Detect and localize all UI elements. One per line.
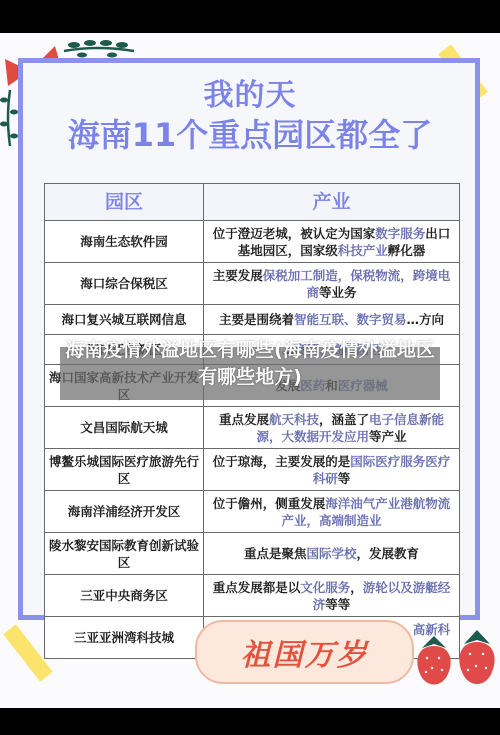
highlight-text: 科技产业 (338, 243, 388, 258)
park-industry: 重点发展都是以文化服务，游轮以及游艇经济等等 (204, 575, 460, 617)
park-industry: 主要发展保税加工制造，保税物流，跨境电商等业务 (204, 263, 460, 305)
industry-text: ，发展教育 (357, 546, 420, 561)
park-industry: 位于澄迈老城，被认定为国家数字服务出口基地园区，国家级科技产业孵化器 (204, 221, 460, 263)
industry-text: 重点发展都是以 (213, 580, 301, 595)
park-industry: 重点发展航天科技，涵盖了电子信息新能源，大数据开发应用等产业 (204, 407, 460, 449)
table-row: 海口复兴城互联网信息主要是围绕着智能互联、数字贸易…方向 (45, 305, 460, 335)
table-row: 海口综合保税区主要发展保税加工制造，保税物流，跨境电商等业务 (45, 263, 460, 305)
industry-text: 等等 (325, 597, 350, 612)
industry-text: 主要发展 (213, 268, 263, 283)
park-industry: 主要是围绕着智能互联、数字贸易…方向 (204, 305, 460, 335)
strawberry-icon (454, 628, 500, 692)
highlight-text: 文化服务 (300, 580, 350, 595)
title-line-1: 我的天 (0, 70, 500, 114)
park-name: 海南洋浦经济开发区 (45, 491, 204, 533)
park-name: 海口综合保税区 (45, 263, 204, 305)
header-park: 园区 (45, 184, 204, 221)
industry-text: 位于澄迈老城，被认定为国家 (213, 226, 376, 241)
highlight-text: 国际学校 (306, 546, 356, 561)
header-industry: 产业 (204, 184, 460, 221)
park-name: 海口复兴城互联网信息 (45, 305, 204, 335)
caption-text: 海南疫情外溢地区有哪些(海南疫情外溢地区有哪些地方) (60, 337, 440, 391)
title-line-2: 海南11个重点园区都全了 (0, 110, 500, 156)
banner: 祖国万岁 (195, 620, 414, 684)
park-industry: 位于琼海，主要发展的是国际医疗服务医疗科研等 (204, 449, 460, 491)
park-name: 文昌国际航天城 (45, 407, 204, 449)
highlight-text: 数字服务 (375, 226, 425, 241)
park-industry: 位于儋州，侧重发展海洋油气产业港航物流产业，高端制造业 (204, 491, 460, 533)
industry-text: 位于琼海，主要发展的是 (213, 454, 351, 469)
industry-text: 重点发展 (219, 412, 269, 427)
table-row: 文昌国际航天城重点发展航天科技，涵盖了电子信息新能源，大数据开发应用等产业 (45, 407, 460, 449)
industry-text: 孵化器 (388, 243, 426, 258)
table-row: 海南洋浦经济开发区位于儋州，侧重发展海洋油气产业港航物流产业，高端制造业 (45, 491, 460, 533)
industry-text: 位于儋州，侧重发展 (213, 496, 326, 511)
table-row: 海南生态软件园位于澄迈老城，被认定为国家数字服务出口基地园区，国家级科技产业孵化… (45, 221, 460, 263)
table-row: 陵水黎安国际教育创新试验区重点是聚焦国际学校，发展教育 (45, 533, 460, 575)
park-name: 陵水黎安国际教育创新试验区 (45, 533, 204, 575)
table-row: 三亚中央商务区重点发展都是以文化服务，游轮以及游艇经济等等 (45, 575, 460, 617)
park-industry: 重点是聚焦国际学校，发展教育 (204, 533, 460, 575)
highlight-text: 智能互联、数字贸易 (294, 312, 407, 327)
park-name: 海南生态软件园 (45, 221, 204, 263)
banner-text: 祖国万岁 (241, 630, 369, 674)
industry-text: 等业务 (319, 285, 357, 300)
parks-table: 园区 产业 海南生态软件园位于澄迈老城，被认定为国家数字服务出口基地园区，国家级… (44, 183, 460, 659)
leaf-branch-icon (62, 37, 137, 59)
industry-text: 重点是聚焦 (244, 546, 307, 561)
industry-text: ， (350, 580, 363, 595)
industry-text: ，涵盖了 (319, 412, 369, 427)
industry-text: 等 (338, 471, 351, 486)
table-row: 博鳌乐城国际医疗旅游先行区位于琼海，主要发展的是国际医疗服务医疗科研等 (45, 449, 460, 491)
park-name: 三亚中央商务区 (45, 575, 204, 617)
industry-text: 等产业 (369, 429, 407, 444)
strawberry-icon (412, 632, 456, 692)
table-header-row: 园区 产业 (45, 184, 460, 221)
park-name: 博鳌乐城国际医疗旅游先行区 (45, 449, 204, 491)
park-name: 三亚亚洲湾科技城 (45, 617, 204, 659)
highlight-text: 航天科技 (269, 412, 319, 427)
industry-text: …方向 (407, 312, 445, 327)
industry-text: 主要是围绕着 (219, 312, 294, 327)
